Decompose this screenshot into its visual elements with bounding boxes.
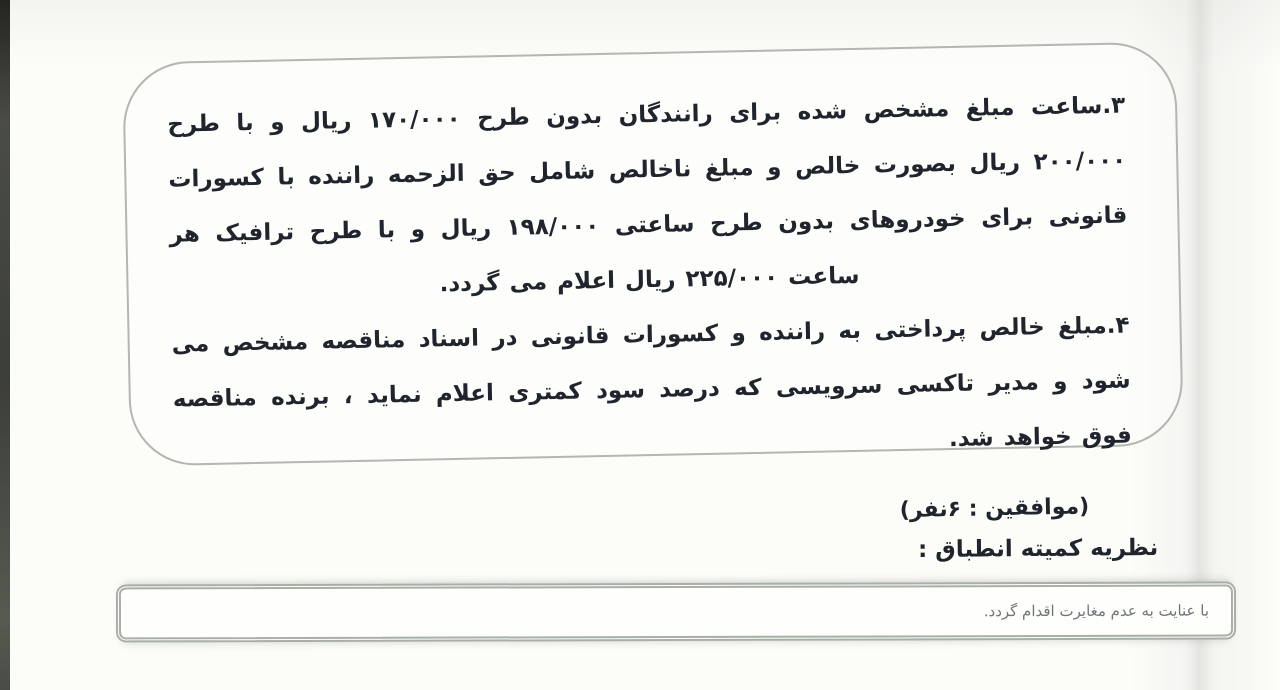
minutes-item-3: ۳.ساعت مبلغ مشخص شده برای رانندگان بدون … xyxy=(167,79,1129,318)
compliance-note-text: با عنایت به عدم مغایرت اقدام گردد. xyxy=(984,602,1209,621)
minutes-item-4: ۴.مبلغ خالص پرداختی به راننده و کسورات ق… xyxy=(171,298,1132,482)
minutes-box: ۳.ساعت مبلغ مشخص شده برای رانندگان بدون … xyxy=(122,41,1184,466)
approvers-count-note: (موافقین : ۶نفر) xyxy=(175,494,1089,537)
scanner-edge-strip xyxy=(0,0,10,690)
scanned-document-page: ۳.ساعت مبلغ مشخص شده برای رانندگان بدون … xyxy=(0,0,1280,690)
compliance-committee-heading: نظریه کمیته انطباق : xyxy=(918,535,1158,563)
compliance-note-box: با عنایت به عدم مغایرت اقدام گردد. xyxy=(116,582,1236,643)
